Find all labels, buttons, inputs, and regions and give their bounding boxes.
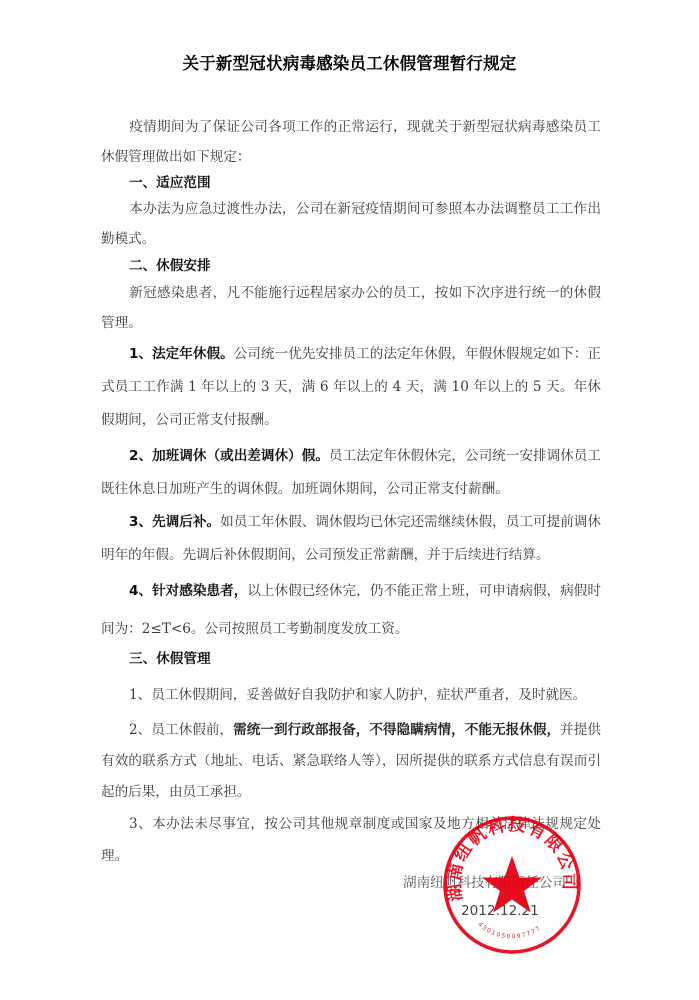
company-seal-stamp: 湖南纽帆科技有限公司 4301050097777 (441, 814, 583, 956)
leave-item-1: 1、法定年休假。公司统一优先安排员工的法定年休假，年假休假规定如下：正式员工工作… (101, 338, 601, 437)
management-item-2-bold: 需统一到行政部报备，不得隐瞒病情，不能无报休假， (233, 722, 560, 738)
section-3-heading: 三、休假管理 (129, 647, 211, 667)
management-item-1: 1、员工休假期间，妥善做好自我防护和家人防护，症状严重者，及时就医。 (101, 680, 601, 710)
star-icon (482, 856, 542, 913)
leave-item-3: 3、先调后补。如员工年休假、调休假均已休完还需继续休假，员工可提前调休明年的年假… (101, 506, 601, 572)
leave-item-4-lead: 4、针对感染患者， (129, 583, 247, 599)
stamp-number: 4301050097777 (476, 921, 542, 940)
leave-item-3-lead: 3、先调后补。 (129, 514, 220, 530)
management-item-1-text: 1、员工休假期间，妥善做好自我防护和家人防护，症状严重者，及时就医。 (129, 687, 586, 703)
svg-text:4301050097777: 4301050097777 (476, 921, 542, 940)
leave-item-1-lead: 1、法定年休假。 (129, 346, 234, 362)
section-2-heading: 二、休假安排 (129, 254, 211, 274)
section-2-text: 新冠感染患者，凡不能施行远程居家办公的员工，按如下次序进行统一的休假管理。 (101, 285, 601, 331)
section-2-body: 新冠感染患者，凡不能施行远程居家办公的员工，按如下次序进行统一的休假管理。 (101, 278, 601, 338)
management-item-2: 2、员工休假前，需统一到行政部报备，不得隐瞒病情，不能无报休假，并提供有效的联系… (101, 715, 601, 808)
document-title: 关于新型冠状病毒感染员工休假管理暂行规定 (0, 50, 699, 74)
leave-item-2: 2、加班调休（或出差调休）假。员工法定年休假休完，公司统一安排调休员工既往休息日… (101, 440, 601, 506)
management-item-2-lead: 2、员工休假前， (129, 722, 233, 738)
leave-item-2-lead: 2、加班调休（或出差调休）假。 (129, 448, 329, 464)
section-1-body: 本办法为应急过渡性办法，公司在新冠疫情期间可参照本办法调整员工工作出勤模式。 (101, 194, 601, 254)
leave-item-4: 4、针对感染患者，以上休假已经休完，仍不能正常上班，可申请病假，病假时间为：2≤… (101, 572, 601, 648)
section-1-text: 本办法为应急过渡性办法，公司在新冠疫情期间可参照本办法调整员工工作出勤模式。 (101, 201, 601, 247)
section-1-heading: 一、适应范围 (129, 171, 211, 191)
intro-text: 疫情期间为了保证公司各项工作的正常运行，现就关于新型冠状病毒感染员工休假管理做出… (101, 119, 601, 165)
intro-paragraph: 疫情期间为了保证公司各项工作的正常运行，现就关于新型冠状病毒感染员工休假管理做出… (101, 112, 601, 172)
